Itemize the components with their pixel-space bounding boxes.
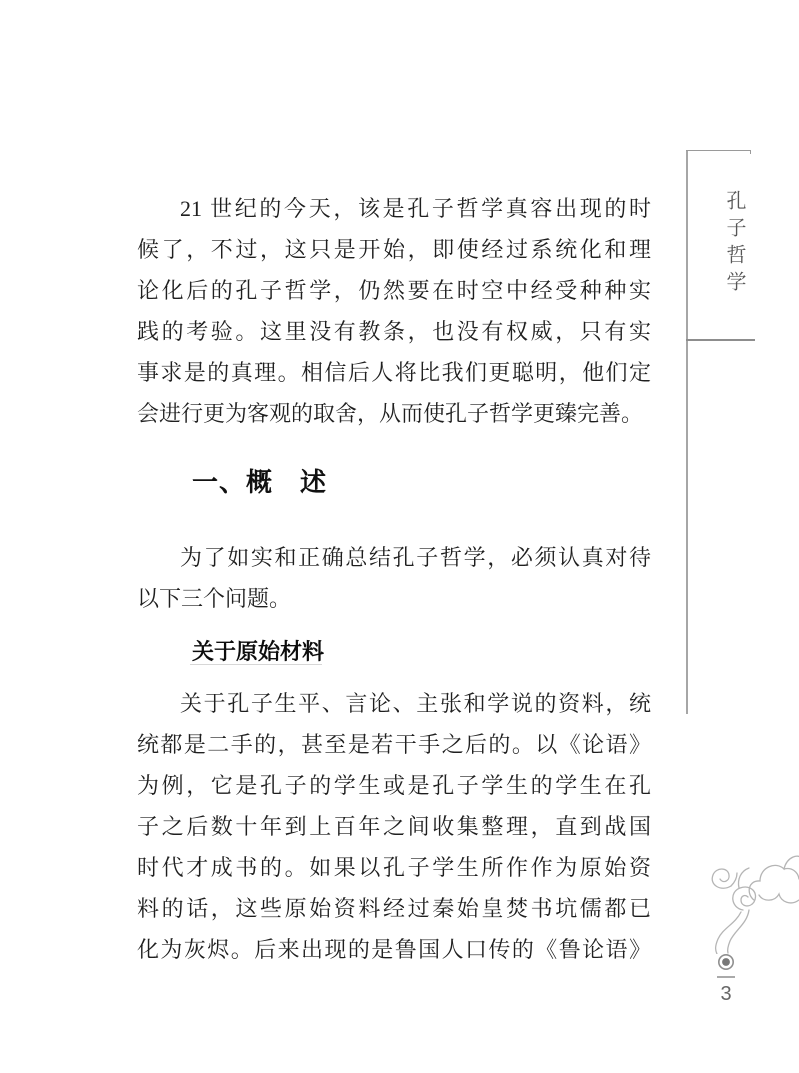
body-text: 21 世纪的今天，该是孔子哲学真容出现的时 候了，不过，这只是开始，即使经过系统…: [137, 188, 651, 970]
text-line: 21 世纪的今天，该是孔子哲学真容出现的时: [137, 188, 651, 229]
text-line: 为了如实和正确总结孔子哲学，必须认真对待: [137, 537, 651, 578]
text-line: 候了，不过，这只是开始，即使经过系统化和理: [137, 229, 651, 270]
subsection-heading-source-material: 关于原始材料: [137, 637, 651, 667]
page-number-rule: [717, 976, 735, 978]
text-line: 时代才成书的。如果以孔子学生所作作为原始资: [137, 847, 651, 888]
sidebar-vertical-rule: [686, 150, 688, 714]
text-line: 化为灰烬。后来出现的是鲁国人口传的《鲁论语》: [137, 929, 651, 970]
text-line: 为例，它是孔子的学生或是孔子学生的学生在孔: [137, 765, 651, 806]
cloud-motif-icon: [697, 836, 799, 954]
text-line: 践的考验。这里没有教条，也没有权威，只有实: [137, 311, 651, 352]
book-title-vertical: 孔子哲学: [711, 190, 749, 298]
section-heading-overview: 一、概 述: [137, 461, 651, 505]
paragraph-overview: 为了如实和正确总结孔子哲学，必须认真对待 以下三个问题。: [137, 537, 651, 619]
text-line: 会进行更为客观的取舍，从而使孔子哲学更臻完善。: [137, 393, 651, 434]
book-page: 21 世纪的今天，该是孔子哲学真容出现的时 候了，不过，这只是开始，即使经过系统…: [0, 0, 799, 1073]
sidebar-top-rule: [686, 150, 751, 151]
sidebar-mid-rule: [686, 339, 755, 341]
text-line: 论化后的孔子哲学，仍然要在时空中经受种种实: [137, 270, 651, 311]
page-number: 3: [710, 980, 742, 1008]
text-line: 料的话，这些原始资料经过秦始皇焚书坑儒都已: [137, 888, 651, 929]
paragraph-source-material: 关于孔子生平、言论、主张和学说的资料，统 统都是二手的，甚至是若干手之后的。以《…: [137, 683, 651, 970]
paragraph-intro: 21 世纪的今天，该是孔子哲学真容出现的时 候了，不过，这只是开始，即使经过系统…: [137, 188, 651, 434]
text-line: 事求是的真理。相信后人将比我们更聪明，他们定: [137, 352, 651, 393]
text-line: 统都是二手的，甚至是若干手之后的。以《论语》: [137, 724, 651, 765]
text-line: 关于孔子生平、言论、主张和学说的资料，统: [137, 683, 651, 724]
text-line: 以下三个问题。: [137, 578, 651, 619]
heading-underline: [190, 664, 322, 665]
subsection-heading-label: 关于原始材料: [192, 639, 324, 664]
text-line: 子之后数十年到上百年之间收集整理，直到战国: [137, 806, 651, 847]
circle-dot-bullet-icon: [717, 953, 735, 971]
